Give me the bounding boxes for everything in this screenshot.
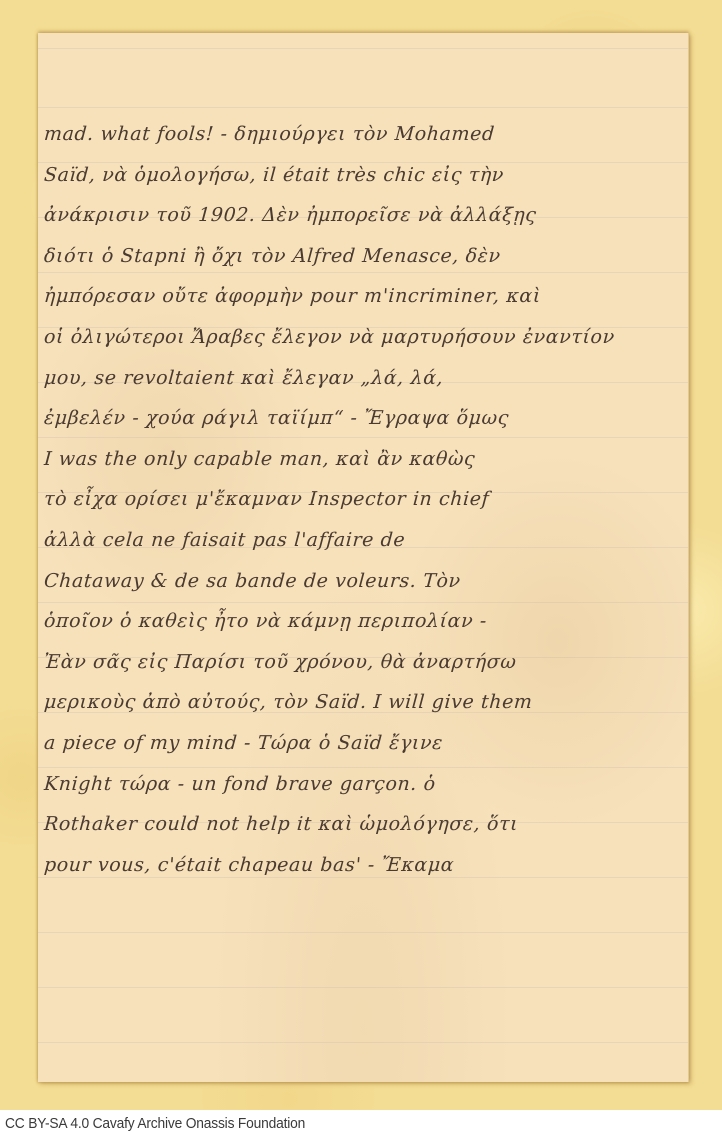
text-line: a piece of my mind - Τώρα ὁ Saïd ἔγινε bbox=[43, 723, 686, 764]
text-line: ἀλλὰ cela ne faisait pas l'affaire de bbox=[43, 520, 686, 561]
text-line: οἱ ὀλιγώτεροι Ἄραβες ἔλεγον νὰ μαρτυρήσο… bbox=[43, 317, 686, 358]
text-line: ἠμπόρεσαν οὔτε ἀφορμὴν pour m'incriminer… bbox=[43, 276, 686, 317]
text-line: pour vous, c'était chapeau bas' - Ἔκαμα bbox=[43, 845, 686, 886]
text-line: τὸ εἶχα ορίσει μ'ἔκαμναν Inspector in ch… bbox=[43, 479, 686, 520]
text-line: ἐμβελέν - χούα ράγιλ ταϊίμπ“ - Ἔγραψα ὅμ… bbox=[43, 398, 686, 439]
text-line: διότι ὁ Stapni ἢ ὄχι τὸν Alfred Menasce,… bbox=[43, 236, 686, 277]
text-line: Chataway & de sa bande de voleurs. Τὸν bbox=[43, 561, 686, 602]
manuscript-page: mad. what fools! - δημιούργει τὸν Mohame… bbox=[38, 33, 689, 1082]
text-line: μου, se revoltaient καὶ ἔλεγαν „λά, λά, bbox=[43, 358, 686, 399]
text-line: mad. what fools! - δημιούργει τὸν Mohame… bbox=[43, 114, 686, 155]
text-line: Rothaker could not help it καὶ ὡμολόγησε… bbox=[43, 804, 686, 845]
text-line: ἀνάκρισιν τοῦ 1902. Δὲν ἠμπορεῖσε νὰ ἀλλ… bbox=[43, 195, 686, 236]
text-line: Ἐὰν σᾶς εἰς Παρίσι τοῦ χρόνου, θὰ ἀναρτή… bbox=[43, 642, 686, 683]
text-line: μερικοὺς ἀπὸ αὐτούς, τὸν Saïd. I will gi… bbox=[43, 682, 686, 723]
text-line: I was the only capable man, καὶ ἂν καθὼς bbox=[43, 439, 686, 480]
license-credit: CC BY-SA 4.0 Cavafy Archive Onassis Foun… bbox=[5, 1115, 305, 1132]
text-line: Saïd, νὰ ὁμολογήσω, il était très chic ε… bbox=[43, 155, 686, 196]
text-line: Knight τώρα - un fond brave garçon. ὁ bbox=[43, 764, 686, 805]
handwritten-text: mad. what fools! - δημιούργει τὸν Mohame… bbox=[44, 114, 684, 885]
text-line: ὁποῖον ὁ καθεὶς ἦτο νὰ κάμνῃ περιπολίαν … bbox=[43, 601, 686, 642]
